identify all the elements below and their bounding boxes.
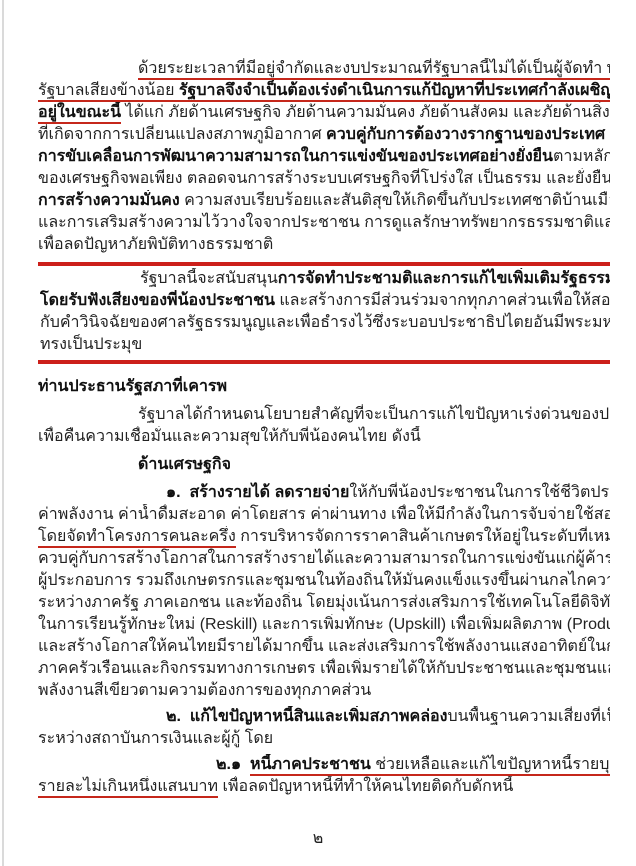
text-segment: เพื่อลดปัญหาหนี้ที่ทำให้คนไทยติดกับดักหน… (218, 778, 513, 795)
policy-item-1: ๑. สร้างรายได้ ลดรายจ่ายให้กับพี่น้องประ… (38, 482, 610, 702)
text-segment: ควบคู่กับการสร้างโอกาสในการสร้างรายได้แล… (38, 550, 610, 567)
text-line: และการเสริมสร้างความไว้วางใจจากประชาชน ก… (38, 212, 610, 234)
text-segment: การจัดทำประชามติและการแก้ไขเพิ่มเติมรัฐธ… (278, 270, 610, 287)
text-segment: ความสงบเรียบร้อยและสันติสุขให้เกิดขึ้นกั… (180, 192, 610, 209)
document-page: ด้วยระยะเวลาที่มีอยู่จำกัดและงบประมาณที่… (0, 0, 636, 866)
text-segment: รัฐบาลนี้จะสนับสนุน (140, 270, 278, 287)
text-line: อยู่ในขณะนี้ ได้แก่ ภัยด้านเศรษฐกิจ ภัยด… (38, 102, 610, 124)
text-line: ๒.๑ หนี้ภาคประชาชน ช่วยเหลือและแก้ไขปัญห… (38, 754, 610, 776)
red-underlined-text: หนี้ภาคประชาชน (250, 756, 371, 776)
text-line: เพื่อลดปัญหาภัยพิบัติทางธรรมชาติ (38, 234, 610, 256)
text-segment: ให้กับพี่น้องประชาชนในการใช้ชีวิตประจำวั… (349, 484, 610, 501)
policy-item-2: ๒. แก้ไขปัญหาหนี้สินและเพิ่มสภาพคล่องบนพ… (38, 706, 610, 750)
text-segment: และสร้างการมีส่วนร่วมจากทุกภาคส่วนเพื่อใ… (275, 292, 610, 309)
text-line: ๒. แก้ไขปัญหาหนี้สินและเพิ่มสภาพคล่องบนพ… (38, 706, 610, 728)
text-segment: การสร้างความมั่นคง (38, 192, 180, 209)
constitution-highlight-box: รัฐบาลนี้จะสนับสนุนการจัดทำประชามติและกา… (38, 262, 610, 364)
text-segment: รัฐบาลได้กำหนดนโยบายสำคัญที่จะเป็นการแก้… (138, 406, 610, 423)
text-segment: บนพื้นฐานความเสี่ยงที่เป็นธรรม (447, 708, 610, 725)
text-line: ระหว่างสถาบันการเงินและผู้กู้ โดย (38, 728, 610, 750)
text-segment: ค่าพลังงาน ค่าน้ำดื่มสะอาด ค่าโดยสาร ค่า… (38, 506, 610, 523)
text-line: พลังงานสีเขียวตามความต้องการของทุกภาคส่ว… (38, 680, 610, 702)
intro-paragraph: ด้วยระยะเวลาที่มีอยู่จำกัดและงบประมาณที่… (38, 58, 610, 256)
text-segment: ด้านเศรษฐกิจ (138, 456, 231, 473)
text-line: ท่านประธานรัฐสภาที่เคารพ (38, 376, 610, 398)
text-line: ที่เกิดจากการเปลี่ยนแปลงสภาพภูมิอากาศ คว… (38, 124, 610, 146)
scan-edge-line (2, 0, 4, 866)
red-underlined-text: รายละไม่เกินหนึ่งแสนบาท (38, 778, 218, 798)
text-line: ของเศรษฐกิจพอเพียง ตลอดจนการสร้างระบบเศร… (38, 168, 610, 190)
text-segment: ๑. (166, 484, 190, 501)
text-line: และสร้างโอกาสให้คนไทยมีรายได้มากขึ้น และ… (38, 636, 610, 658)
document-body: ด้วยระยะเวลาที่มีอยู่จำกัดและงบประมาณที่… (38, 58, 610, 802)
text-segment: สร้างรายได้ ลดรายจ่าย (190, 484, 350, 501)
text-segment: โดยรับฟังเสียงของพี่น้องประชาชน (40, 292, 275, 309)
text-line: กับคำวินิจฉัยของศาลรัฐธรรมนูญและเพื่อธำร… (40, 312, 610, 334)
text-segment: และการเสริมสร้างความไว้วางใจจากประชาชน ก… (38, 214, 610, 231)
red-underlined-text: รัฐบาลเสียงข้างน้อย (38, 82, 179, 102)
page-number: ๒ (0, 826, 636, 851)
text-segment: การบริหารจัดการราคาสินค้าเกษตรให้อยู่ในร… (236, 528, 610, 545)
red-underlined-text: ด้วยระยะเวลาที่มีอยู่จำกัดและงบประมาณที่… (138, 60, 610, 80)
policy-intro-paragraph: รัฐบาลได้กำหนดนโยบายสำคัญที่จะเป็นการแก้… (38, 404, 610, 448)
text-segment: ในการเรียนรู้ทักษะใหม่ (Reskill) และการเ… (38, 616, 610, 633)
red-underlined-text: รัฐบาลจึงจำเป็นต้องเร่งดำเนินการแก้ปัญหา… (179, 82, 610, 102)
text-line: ทรงเป็นประมุข (40, 334, 610, 356)
red-underlined-text: ช่วยเหลือและแก้ไขปัญหาหนี้รายบุคคลในระบบ (371, 756, 610, 776)
text-line: ค่าพลังงาน ค่าน้ำดื่มสะอาด ค่าโดยสาร ค่า… (38, 504, 610, 526)
text-segment: พลังงานสีเขียวตามความต้องการของทุกภาคส่ว… (38, 682, 371, 699)
text-segment: ทรงเป็นประมุข (40, 336, 142, 353)
text-segment: ได้แก่ ภัยด้านเศรษฐกิจ ภัยด้านความมั่นคง… (121, 104, 610, 121)
text-line: การขับเคลื่อนการพัฒนาความสามารถในการแข่ง… (38, 146, 610, 168)
text-segment: ที่เกิดจากการเปลี่ยนแปลงสภาพภูมิอากาศ (38, 126, 326, 143)
text-line: ด้วยระยะเวลาที่มีอยู่จำกัดและงบประมาณที่… (38, 58, 610, 80)
text-segment: ๒.๑ (216, 756, 250, 773)
text-line: ผู้ประกอบการ รวมถึงเกษตรกรและชุมชนในท้อง… (38, 570, 610, 592)
text-line: ๑. สร้างรายได้ ลดรายจ่ายให้กับพี่น้องประ… (38, 482, 610, 504)
text-line: โดยรับฟังเสียงของพี่น้องประชาชน และสร้าง… (40, 290, 610, 312)
text-line: ระหว่างภาครัฐ ภาคเอกชน และท้องถิ่น โดยมุ… (38, 592, 610, 614)
text-line: รัฐบาลได้กำหนดนโยบายสำคัญที่จะเป็นการแก้… (38, 404, 610, 426)
text-line: รัฐบาลเสียงข้างน้อย รัฐบาลจึงจำเป็นต้องเ… (38, 80, 610, 102)
text-segment: ระหว่างภาครัฐ ภาคเอกชน และท้องถิ่น โดยมุ… (38, 594, 610, 611)
text-line: รัฐบาลนี้จะสนับสนุนการจัดทำประชามติและกา… (40, 268, 610, 290)
text-segment: เพื่อคืนความเชื่อมั่นและความสุขให้กับพี่… (38, 428, 421, 445)
text-segment: แก้ไขปัญหาหนี้สินและเพิ่มสภาพคล่อง (190, 708, 448, 725)
economy-section-heading: ด้านเศรษฐกิจ (38, 454, 610, 476)
text-segment: ๒. (166, 708, 190, 725)
text-segment: ท่านประธานรัฐสภาที่เคารพ (38, 378, 227, 395)
text-line: ภาคครัวเรือนและกิจกรรมทางการเกษตร เพื่อเ… (38, 658, 610, 680)
text-line: รายละไม่เกินหนึ่งแสนบาท เพื่อลดปัญหาหนี้… (38, 776, 610, 798)
address-heading: ท่านประธานรัฐสภาที่เคารพ (38, 376, 610, 398)
text-segment: ผู้ประกอบการ รวมถึงเกษตรกรและชุมชนในท้อง… (38, 572, 610, 589)
text-segment: ตามหลักปรัชญา (553, 148, 610, 165)
text-segment: ของเศรษฐกิจพอเพียง ตลอดจนการสร้างระบบเศร… (38, 170, 610, 187)
text-segment: ระหว่างสถาบันการเงินและผู้กู้ โดย (38, 730, 273, 747)
text-segment: ควบคู่กับการต้องวางรากฐานของประเทศ (326, 126, 605, 143)
text-line: ควบคู่กับการสร้างโอกาสในการสร้างรายได้แล… (38, 548, 610, 570)
text-line: เพื่อคืนความเชื่อมั่นและความสุขให้กับพี่… (38, 426, 610, 448)
text-line: ในการเรียนรู้ทักษะใหม่ (Reskill) และการเ… (38, 614, 610, 636)
text-segment: และสร้างโอกาสให้คนไทยมีรายได้มากขึ้น และ… (38, 638, 610, 655)
policy-item-2-1: ๒.๑ หนี้ภาคประชาชน ช่วยเหลือและแก้ไขปัญห… (38, 754, 610, 798)
text-line: โดยจัดทำโครงการคนละครึ่ง การบริหารจัดการ… (38, 526, 610, 548)
red-underlined-text: อยู่ในขณะนี้ (38, 104, 121, 124)
text-segment: เพื่อลดปัญหาภัยพิบัติทางธรรมชาติ (38, 236, 273, 253)
text-line: ด้านเศรษฐกิจ (38, 454, 610, 476)
text-line: การสร้างความมั่นคง ความสงบเรียบร้อยและสั… (38, 190, 610, 212)
red-underlined-text: โดยจัดทำโครงการคนละครึ่ง (38, 528, 236, 548)
text-segment: การขับเคลื่อนการพัฒนาความสามารถในการแข่ง… (38, 148, 553, 165)
text-segment: กับคำวินิจฉัยของศาลรัฐธรรมนูญและเพื่อธำร… (40, 314, 610, 331)
text-segment: ภาคครัวเรือนและกิจกรรมทางการเกษตร เพื่อเ… (38, 660, 610, 677)
